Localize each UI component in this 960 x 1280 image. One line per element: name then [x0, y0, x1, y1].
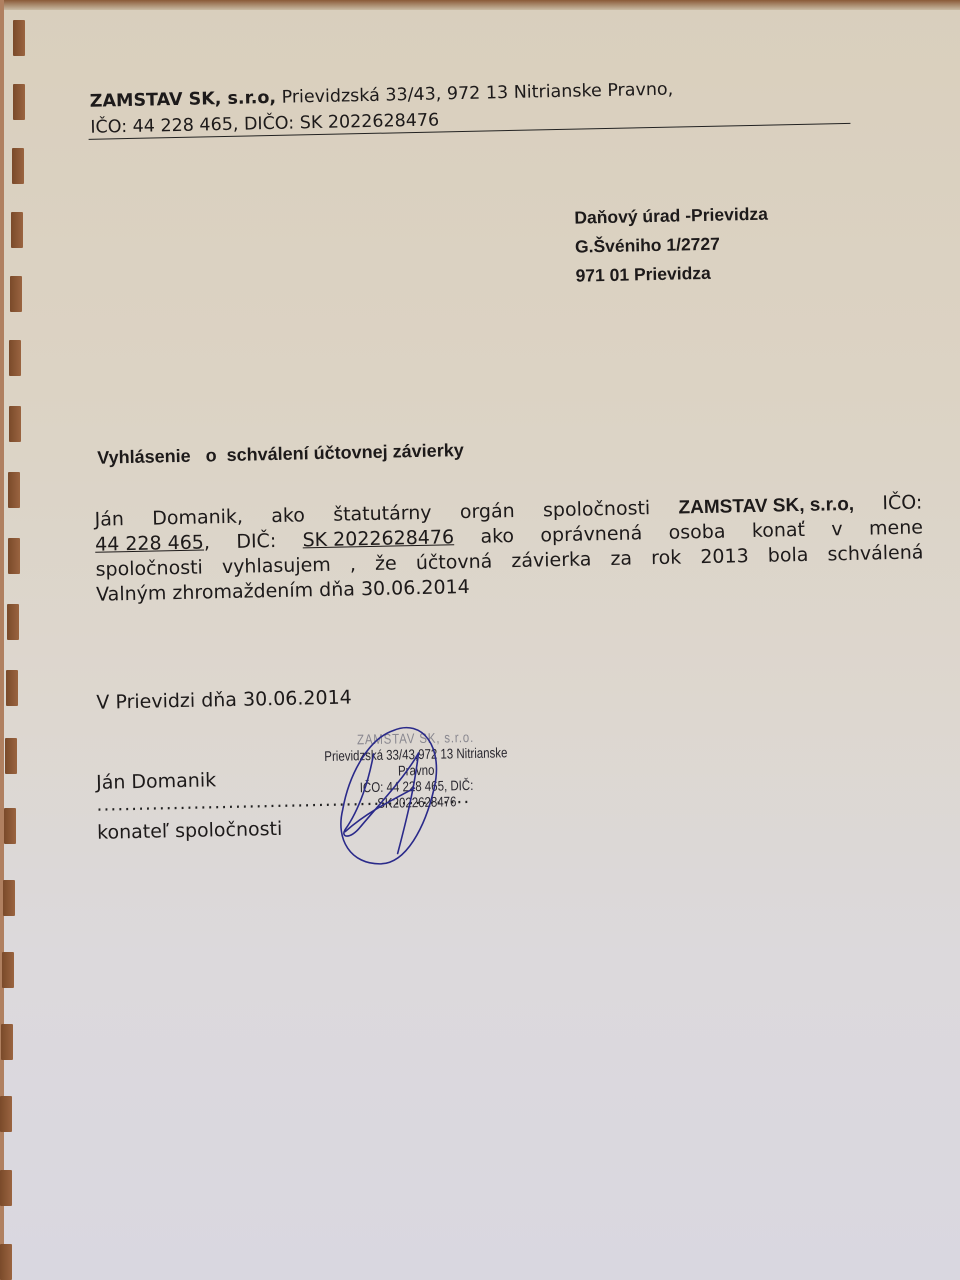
- body-word: orgán: [460, 499, 515, 525]
- signer-name: Ján Domanik: [96, 769, 216, 794]
- body-word: osoba: [668, 520, 725, 546]
- body-word: že: [375, 551, 397, 576]
- binding-hole: [2, 952, 14, 988]
- recipient-address: Daňový úrad -Prievidza G.Švéniho 1/2727 …: [574, 200, 769, 291]
- body-word: v: [831, 517, 843, 542]
- body-word: účtovná: [416, 549, 493, 576]
- body-ico: 44 228 465,: [95, 530, 210, 557]
- body-dic-label: DIČ:: [236, 529, 276, 555]
- recipient-line-3: 971 01 Prievidza: [575, 258, 769, 291]
- body-word: 2013: [700, 544, 749, 570]
- body-word: štatutárny: [333, 501, 432, 528]
- declaration-body: Ján Domanik, ako štatutárny orgán spoloč…: [94, 490, 924, 607]
- body-comma: ,: [204, 531, 211, 553]
- body-word: spoločnosti: [95, 556, 203, 583]
- body-ico-value: 44 228 465: [95, 532, 204, 556]
- place-and-date: V Prievidzi dňa 30.06.2014: [96, 686, 352, 713]
- recipient-line-2: G.Švéniho 1/2727: [575, 229, 769, 262]
- binding-hole: [3, 880, 15, 916]
- body-word: spoločnosti: [543, 496, 651, 523]
- body-word: za: [610, 547, 632, 572]
- body-word: ako: [271, 503, 305, 529]
- body-dic-value: SK 2022628476: [302, 525, 454, 553]
- binding-hole: [0, 1244, 12, 1280]
- body-word: mene: [869, 515, 923, 541]
- letterhead-line-1: ZAMSTAV SK, s.r.o, Prievidzská 33/43, 97…: [90, 80, 674, 112]
- document-page: ZAMSTAV SK, s.r.o, Prievidzská 33/43, 97…: [0, 0, 960, 1280]
- body-word: ako: [480, 524, 514, 550]
- letterhead-company-name: ZAMSTAV SK, s.r.o,: [90, 88, 277, 112]
- handwritten-signature: [323, 717, 466, 870]
- letterhead-ids: IČO: 44 228 465, DIČO: SK 2022628476: [90, 110, 439, 137]
- body-word: rok: [651, 546, 682, 572]
- binding-hole: [0, 1170, 12, 1206]
- signer-role: konateľ spoločnosti: [97, 818, 283, 844]
- body-word: Ján: [94, 507, 124, 533]
- body-word: oprávnená: [540, 521, 642, 548]
- body-company-name: ZAMSTAV SK, s.r.o,: [678, 492, 854, 521]
- body-word: závierka: [511, 547, 591, 574]
- binding-hole: [1, 1024, 13, 1060]
- body-word: konať: [752, 518, 806, 544]
- body-word: Domanik,: [152, 505, 243, 532]
- document-title: Vyhlásenie o schválení účtovnej závierky: [97, 440, 464, 469]
- recipient-line-1: Daňový úrad -Prievidza: [574, 200, 768, 233]
- body-word: vyhlasujem: [222, 553, 331, 580]
- body-ico-label: IČO:: [882, 490, 922, 516]
- body-word: bola: [768, 543, 809, 569]
- body-word: schválená: [827, 540, 923, 567]
- body-word: ,: [350, 552, 357, 577]
- letterhead-address: Prievidzská 33/43, 972 13 Nitrianske Pra…: [276, 80, 674, 108]
- binding-hole: [0, 1096, 12, 1132]
